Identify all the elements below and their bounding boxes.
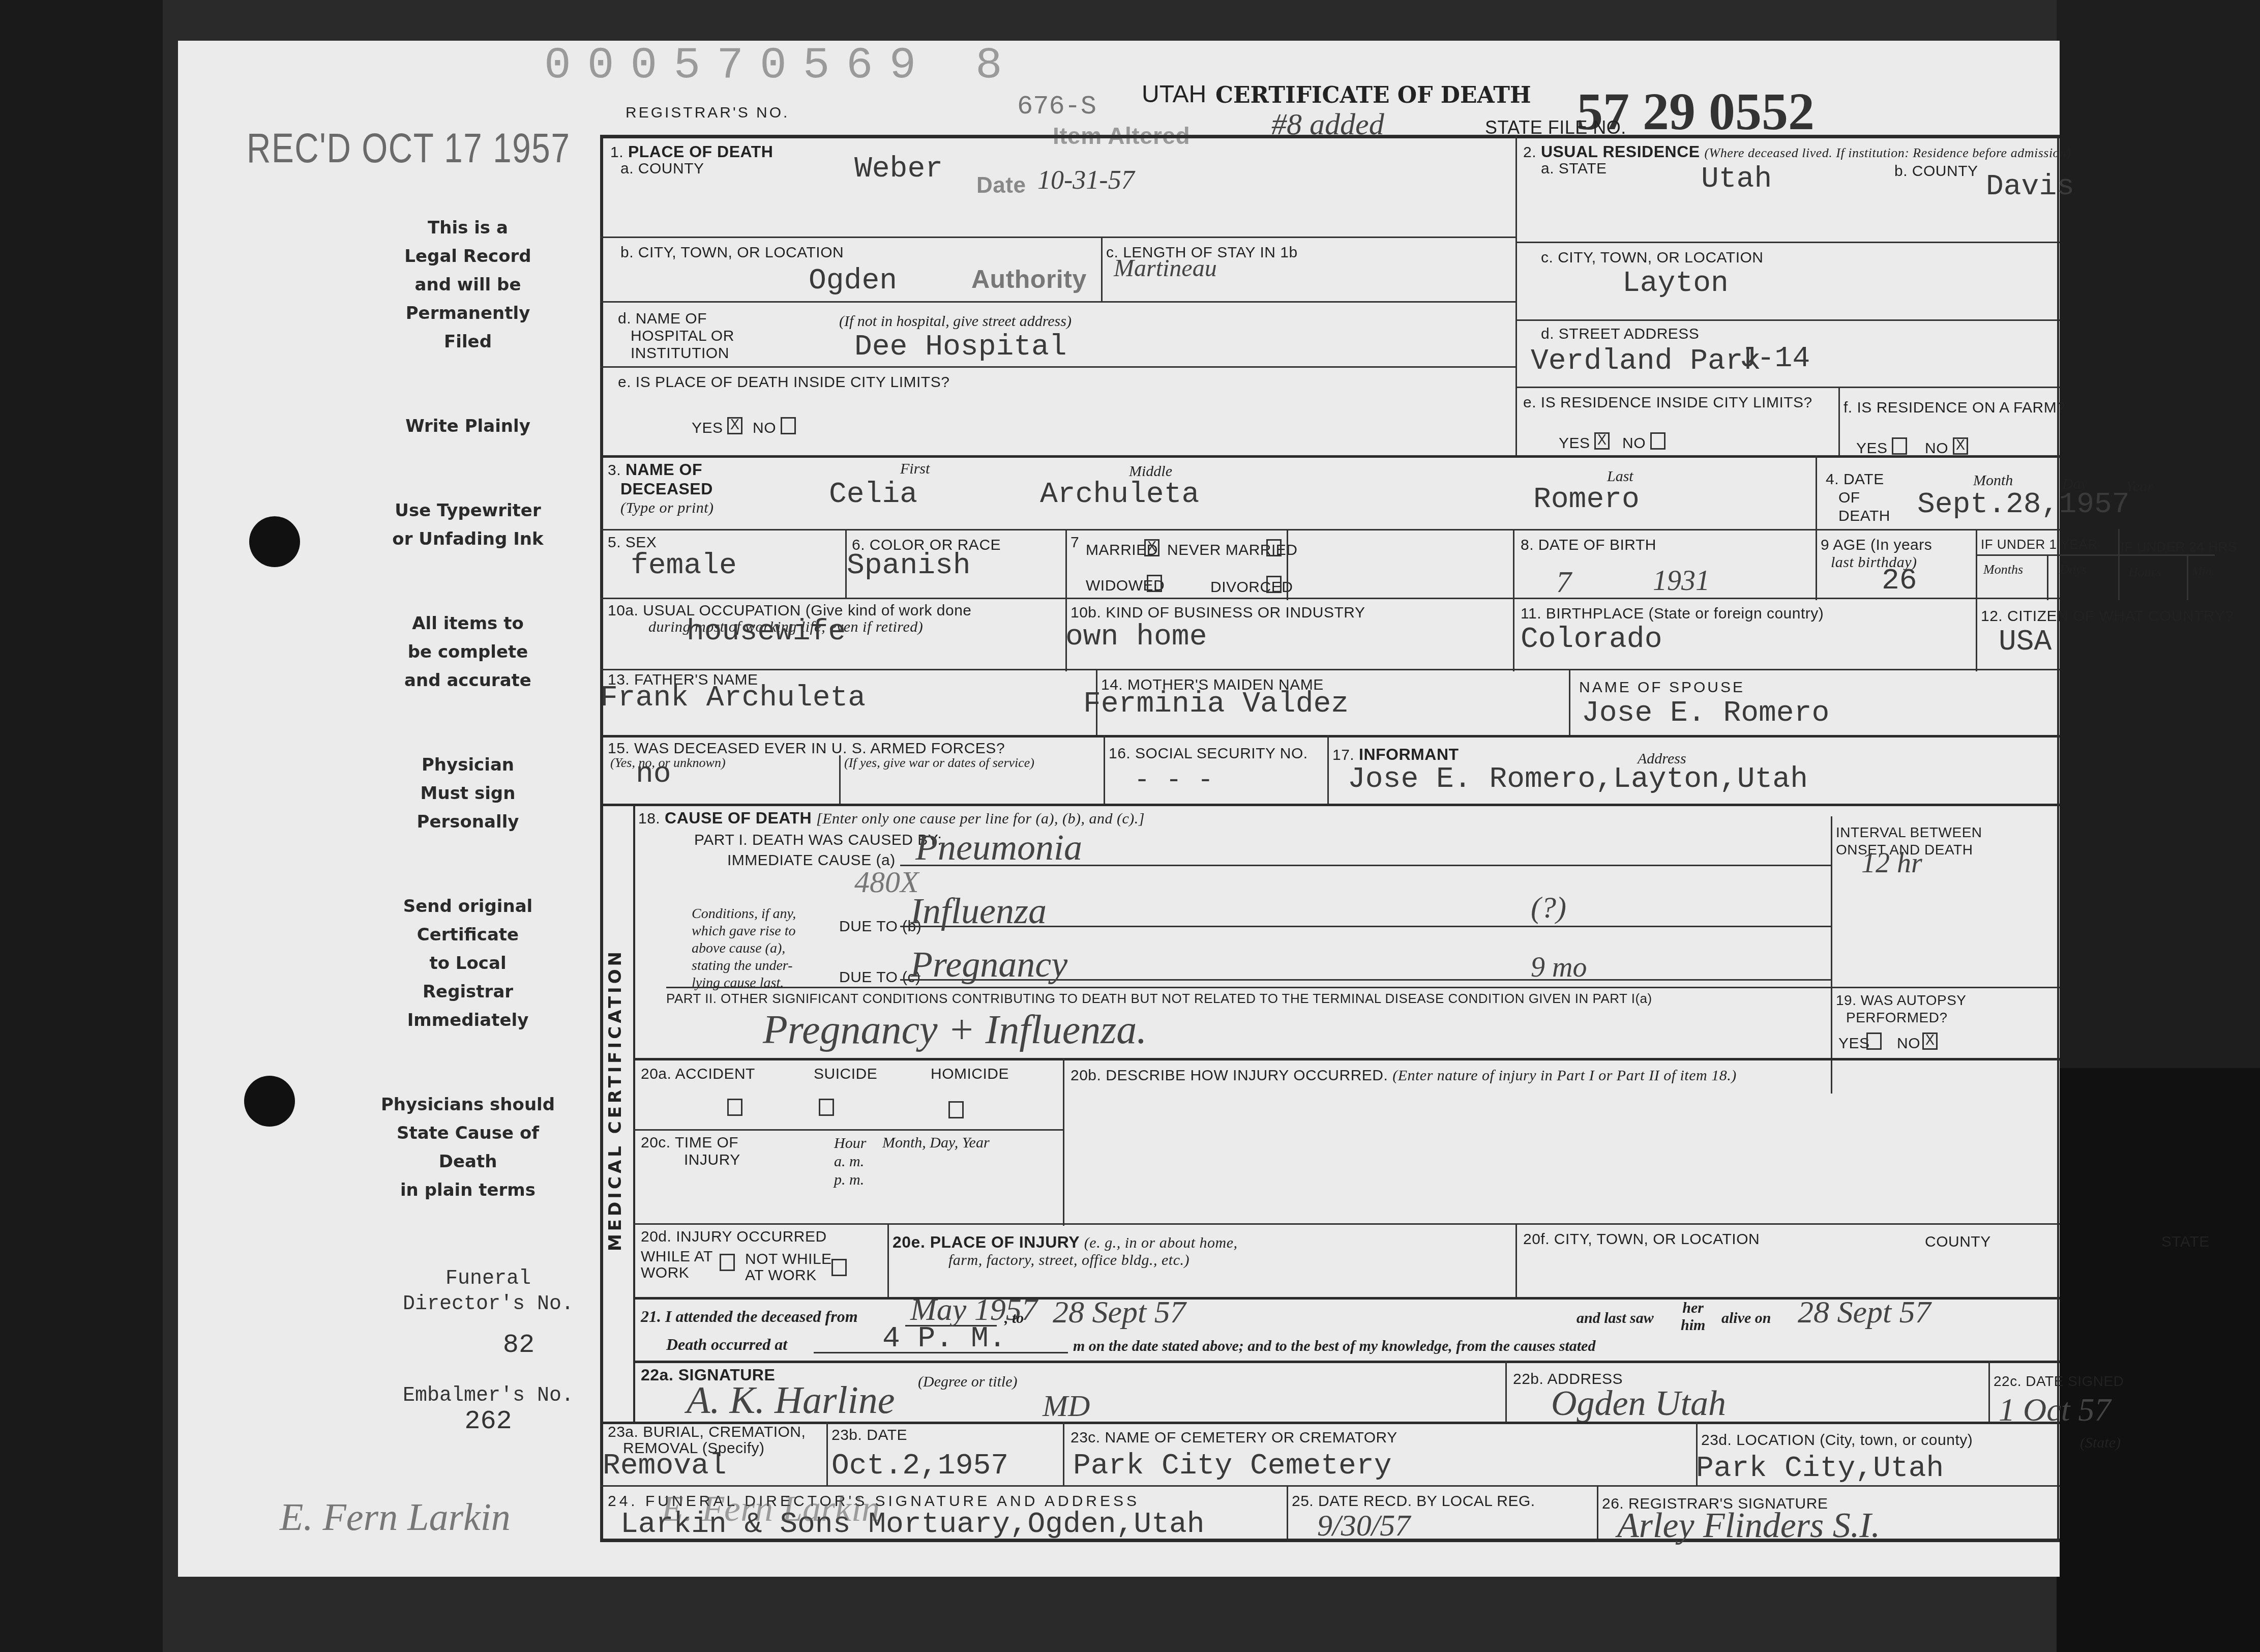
res-inside-city-no-checkbox[interactable]	[1650, 432, 1666, 450]
cause-code-note: 480X	[854, 865, 919, 900]
rule	[887, 1223, 889, 1300]
rule	[2047, 554, 2048, 600]
rule	[1816, 529, 1817, 600]
rule	[600, 301, 1515, 303]
no-label: NO	[753, 420, 776, 437]
rule	[1327, 735, 1329, 806]
registrars-no-value: 676-S	[1017, 92, 1096, 122]
rule	[600, 1422, 2060, 1424]
attended-to-value: 28 Sept 57	[1053, 1294, 1186, 1331]
item2-heading: 2. USUAL RESIDENCE (Where deceased lived…	[1523, 142, 2071, 161]
rule	[1505, 1361, 1507, 1424]
authority-label: Authority	[971, 264, 1087, 294]
note-write-plainly: Write Plainly	[392, 412, 544, 440]
res-city-value: Layton	[1622, 267, 1729, 300]
rule	[1101, 237, 1103, 303]
rule	[633, 1058, 2060, 1060]
time-of-injury-label: 20c. TIME OFINJURY	[641, 1134, 740, 1169]
scan-border-right-lower	[2057, 1068, 2260, 1652]
birthplace-value: Colorado	[1521, 623, 1662, 656]
res-inside-city-yes-checkbox[interactable]: X	[1594, 432, 1610, 450]
homicide-label: HOMICIDE	[931, 1066, 1009, 1083]
last-saw-label: and last saw	[1577, 1310, 1654, 1327]
physician-degree: MD	[1043, 1389, 1090, 1424]
res-city-limits-label: e. IS RESIDENCE INSIDE CITY LIMITS?	[1523, 394, 1812, 411]
rule	[600, 735, 2060, 737]
middle-name-label: Middle	[1129, 463, 1172, 480]
disposition-value: Removal	[603, 1450, 727, 1483]
dob-label: 8. DATE OF BIRTH	[1521, 537, 1656, 554]
death-city-value: Ogden	[809, 264, 897, 298]
item1-heading: 1. PLACE OF DEATH	[610, 142, 773, 161]
rule	[633, 1223, 2060, 1225]
location-label: 23d. LOCATION (City, town, or county)	[1701, 1432, 1973, 1449]
rule	[1976, 598, 1977, 671]
dob-year-value: 1931	[1653, 565, 1710, 597]
citizen-value: USA	[1999, 626, 2051, 659]
spouse-value: Jose E. Romero	[1582, 697, 1829, 730]
sex-value: female	[631, 549, 737, 582]
degree-label: (Degree or title)	[918, 1373, 1017, 1391]
rule	[1063, 1422, 1064, 1485]
ssn-label: 16. SOCIAL SECURITY NO.	[1109, 745, 1308, 762]
citizen-label: 12. CITIZEN OF WHAT COUNTRY?	[1981, 608, 2234, 625]
not-while-at-work-checkbox[interactable]	[831, 1259, 847, 1276]
disposition-date-value: Oct.2,1957	[831, 1450, 1008, 1483]
father-value: Frank Archuleta	[600, 682, 866, 715]
homicide-checkbox[interactable]	[948, 1101, 964, 1118]
mother-value: Ferminia Valdez	[1083, 688, 1349, 721]
her-him-label: herhim	[1681, 1300, 1705, 1334]
hours-label: Hours	[2128, 565, 2161, 580]
death-at-value: 4 P. M.	[882, 1322, 1006, 1355]
rule	[1515, 319, 2060, 321]
due-to-c-value: Pregnancy	[910, 943, 1067, 986]
location-value: Park City,Utah	[1696, 1452, 1944, 1485]
months-label: Months	[1983, 562, 2023, 577]
yes-label: YES	[1559, 435, 1590, 452]
occupation-value: housewife	[687, 615, 846, 648]
serial-number: 000570569 8	[544, 41, 1019, 91]
rule	[1831, 816, 1832, 1094]
yes-label: YES	[1838, 1035, 1870, 1052]
injury-occurred-label: 20d. INJURY OCCURRED	[641, 1228, 827, 1246]
month-label: Month	[1973, 472, 2013, 489]
rule	[1513, 529, 1514, 671]
rule	[600, 135, 603, 1539]
part2-label: PART II. OTHER SIGNIFICANT CONDITIONS CO…	[666, 991, 1652, 1007]
mdy-label: Month, Day, Year	[882, 1134, 990, 1152]
divorced-checkbox[interactable]	[1266, 576, 1282, 593]
registrars-no-label: REGISTRAR'S NO.	[626, 104, 789, 122]
date-of-death-value: Sept.28,1957	[1917, 488, 2130, 521]
date-recd-value: 9/30/57	[1317, 1508, 1410, 1543]
rule	[1063, 1058, 1064, 1226]
year-label: Year	[2126, 478, 2153, 495]
rule	[1515, 135, 1517, 455]
authority-signature: Martineau	[1114, 254, 1217, 282]
death-at-label: Death occurred at	[666, 1335, 787, 1354]
ssn-value: - - -	[1134, 765, 1213, 795]
county-label: a. COUNTY	[620, 160, 704, 178]
first-name-label: First	[900, 460, 930, 478]
rule	[1838, 387, 1840, 458]
days-label: Days	[2060, 562, 2087, 577]
immediate-cause-value: Pneumonia	[915, 827, 1082, 869]
hour-label: Houra. m.p. m.	[834, 1134, 866, 1189]
rule	[2118, 529, 2120, 600]
street-unit: J-14	[1739, 342, 1810, 375]
alive-on-value: 28 Sept 57	[1798, 1294, 1931, 1331]
business-value: own home	[1065, 621, 1207, 654]
physician-address: Ogden Utah	[1551, 1383, 1726, 1424]
res-county-value: Davis	[1986, 170, 2074, 203]
rule	[600, 529, 2060, 530]
rule	[633, 804, 635, 1422]
rule	[1515, 387, 2060, 388]
armed-forces-hint-b: (If yes, give war or dates of service)	[844, 755, 1034, 771]
rule	[1569, 669, 1570, 737]
funeral-director-number-block: Funeral Director's No. 82 Embalmer's No.…	[397, 1266, 580, 1434]
rule	[1988, 1361, 1990, 1424]
rule	[600, 669, 2060, 670]
item7-num: 7	[1070, 534, 1079, 551]
farm-label: f. IS RESIDENCE ON A FARM?	[1843, 399, 2065, 417]
death-city-label: b. CITY, TOWN, OR LOCATION	[620, 244, 844, 261]
rule	[633, 1361, 2060, 1363]
birthplace-label: 11. BIRTHPLACE (State or foreign country…	[1521, 605, 1824, 623]
street-label: d. STREET ADDRESS	[1541, 326, 1699, 343]
no-label: NO	[1897, 1035, 1920, 1052]
amend-date-value: 10-31-57	[1037, 165, 1135, 195]
note-typewriter: Use Typewriteror Unfading Ink	[392, 496, 544, 553]
never-married-checkbox[interactable]	[1266, 539, 1282, 556]
attended-label: 21. I attended the deceased from	[641, 1307, 858, 1326]
hospital-hint: (If not in hospital, give street address…	[839, 313, 1072, 330]
accident-label: 20a. ACCIDENT	[641, 1066, 755, 1083]
rule	[1597, 1485, 1598, 1539]
first-name-value: Celia	[829, 478, 917, 511]
alive-on-label: alive on	[1721, 1310, 1771, 1327]
note-cause-plain-terms: Physicians shouldState Cause of Deathin …	[376, 1090, 559, 1204]
rule	[1976, 529, 1977, 600]
date-recd-label: 25. DATE RECD. BY LOCAL REG.	[1292, 1493, 1535, 1510]
note-physician-sign: PhysicianMust signPersonally	[392, 751, 544, 836]
res-state-value: Utah	[1701, 163, 1772, 196]
not-while-at-work-label: NOT WHILEAT WORK	[745, 1251, 832, 1284]
last-name-value: Romero	[1533, 483, 1640, 516]
widowed-checkbox[interactable]	[1147, 575, 1162, 592]
page-title: CERTIFICATE OF DEATH	[1215, 82, 1531, 108]
armed-forces-label: 15. WAS DECEASED EVER IN U. S. ARMED FOR…	[608, 740, 1005, 757]
rule	[600, 135, 2060, 138]
rule	[600, 1485, 2060, 1487]
death-county-value: Weber	[854, 153, 943, 186]
dob-month-value: 7	[1556, 565, 1571, 600]
spouse-label: NAME OF SPOUSE	[1579, 679, 1745, 696]
while-at-work-checkbox[interactable]	[720, 1254, 735, 1271]
under-24h-label: IF UNDER 24 HRS	[2121, 539, 2237, 555]
rule	[1104, 735, 1105, 806]
yes-label: YES	[692, 420, 723, 437]
punch-hole-lower	[244, 1076, 295, 1127]
autopsy-label: 19. WAS AUTOPSYPERFORMED?	[1836, 992, 1966, 1026]
res-county-label: b. COUNTY	[1894, 163, 1978, 180]
disposition-date-label: 23b. DATE	[831, 1427, 907, 1444]
suicide-checkbox[interactable]	[819, 1099, 834, 1116]
under-1yr-label: IF UNDER 1 YEAR	[1981, 537, 2098, 552]
scan-border-left	[0, 0, 163, 1652]
cemetery-label: 23c. NAME OF CEMETERY OR CREMATORY	[1070, 1429, 1397, 1447]
rule	[600, 804, 2060, 806]
married-checkbox[interactable]: X	[1144, 539, 1159, 556]
physician-signature: A. K. Harline	[687, 1378, 895, 1423]
death-inside-city-yes-checkbox[interactable]: X	[727, 417, 742, 434]
no-label: NO	[1925, 440, 1948, 457]
medical-certification-label: MEDICAL CERTIFICATION	[605, 949, 626, 1251]
rule	[826, 1422, 828, 1485]
business-label: 10b. KIND OF BUSINESS OR INDUSTRY	[1070, 604, 1365, 622]
embalmer-number: 262	[397, 1409, 580, 1434]
conditions-note: Conditions, if any,which gave rise toabo…	[692, 905, 796, 992]
note-legal-record: This is aLegal Recordand will bePermanen…	[392, 214, 544, 356]
part1-label: PART I. DEATH WAS CAUSED BY:	[694, 832, 942, 849]
note-complete: All items tobe completeand accurate	[392, 609, 544, 695]
registrar-signature: Arley Flinders S.I.	[1617, 1506, 1880, 1546]
funeral-director-number: 82	[397, 1333, 580, 1358]
injury-state-label: STATE	[2161, 1233, 2210, 1251]
farm-no-checkbox[interactable]: X	[1953, 437, 1968, 455]
informant-label: 17. INFORMANT	[1332, 745, 1459, 764]
rule	[666, 987, 2060, 988]
rule	[600, 366, 1515, 368]
no-label: NO	[1622, 435, 1646, 452]
to-label: , to	[1004, 1310, 1024, 1327]
death-inside-city-no-checkbox[interactable]	[781, 417, 796, 434]
res-city-label: c. CITY, TOWN, OR LOCATION	[1541, 249, 1764, 267]
certificate-page: 000570569 8 REC'D OCT 17 1957 REGISTRAR'…	[178, 41, 2060, 1577]
res-state-label: a. STATE	[1541, 160, 1607, 178]
rule	[1976, 554, 2215, 556]
sex-label: 5. SEX	[608, 534, 657, 551]
interval-value: 12 hr	[1861, 847, 1922, 879]
item4-label: 4. DATE OF DEATH	[1826, 470, 1890, 525]
age-value: 26	[1882, 565, 1917, 598]
rule	[1816, 455, 1817, 532]
suicide-label: SUICIDE	[814, 1066, 877, 1083]
sidebar-notes: This is aLegal Recordand will bePermanen…	[392, 214, 544, 1204]
due-to-c-note: 9 mo	[1531, 951, 1587, 984]
rule	[1515, 242, 2060, 243]
item3-heading: 3. NAME OF DECEASED (Type or print)	[608, 460, 714, 517]
due-to-c-label: DUE TO (c)	[839, 969, 921, 986]
injury-county-label: COUNTY	[1925, 1233, 1991, 1251]
hospital-label: d. NAME OFHOSPITAL ORINSTITUTION	[618, 310, 734, 362]
note-send-original: Send originalCertificateto LocalRegistra…	[392, 892, 544, 1035]
yes-label: YES	[1856, 440, 1888, 457]
amend-date-label: Date	[976, 173, 1026, 198]
hospital-value: Dee Hospital	[854, 331, 1067, 364]
due-to-b-note: (?)	[1531, 890, 1566, 925]
rule	[600, 598, 2060, 599]
rule	[1515, 1223, 1517, 1300]
attestation-statement: m on the date stated above; and to the b…	[1073, 1338, 1595, 1355]
death-city-limits-label: e. IS PLACE OF DEATH INSIDE CITY LIMITS?	[618, 374, 949, 391]
due-to-b-value: Influenza	[910, 890, 1047, 932]
last-name-label: Last	[1607, 468, 1633, 485]
rule	[2057, 135, 2059, 1541]
funeral-director-signature: E. Fern Larkin	[661, 1488, 880, 1530]
rule	[600, 237, 1515, 238]
middle-name-value: Archuleta	[1040, 478, 1199, 511]
rule	[600, 455, 2060, 458]
rule	[1287, 1485, 1288, 1539]
rule	[839, 755, 841, 804]
punch-hole-upper	[249, 516, 300, 567]
informant-value: Jose E. Romero,Layton,Utah	[1348, 763, 1808, 796]
armed-forces-value: no	[636, 758, 671, 791]
place-of-injury-label: 20e. PLACE OF INJURY (e. g., in or about…	[893, 1233, 1238, 1269]
injury-city-label: 20f. CITY, TOWN, OR LOCATION	[1523, 1231, 1760, 1248]
street-value: Verdland Park	[1531, 345, 1761, 378]
min-label: Min.	[2192, 565, 2215, 578]
autopsy-yes-checkbox[interactable]	[1866, 1032, 1882, 1050]
part2-value: Pregnancy + Influenza.	[763, 1007, 1147, 1053]
title-state: UTAH	[1142, 80, 1206, 108]
rule	[633, 1129, 1063, 1131]
location-state-label: (State)	[2080, 1434, 2121, 1452]
while-at-work-label: WHILE ATWORK	[641, 1249, 713, 1281]
rule	[2187, 554, 2188, 600]
cemetery-value: Park City Cemetery	[1073, 1450, 1392, 1483]
injury-desc-label: 20b. DESCRIBE HOW INJURY OCCURRED. (Ente…	[1070, 1067, 1737, 1084]
cause-heading: 18. CAUSE OF DEATH [Enter only one cause…	[638, 809, 1145, 828]
received-stamp: REC'D OCT 17 1957	[247, 125, 570, 172]
farm-yes-checkbox[interactable]	[1892, 437, 1907, 455]
autopsy-no-checkbox[interactable]: X	[1922, 1032, 1938, 1050]
fern-larkin-signature: E. Fern Larkin	[280, 1495, 511, 1540]
rule	[1287, 529, 1288, 600]
race-value: Spanish	[847, 549, 971, 582]
accident-checkbox[interactable]	[727, 1099, 742, 1116]
